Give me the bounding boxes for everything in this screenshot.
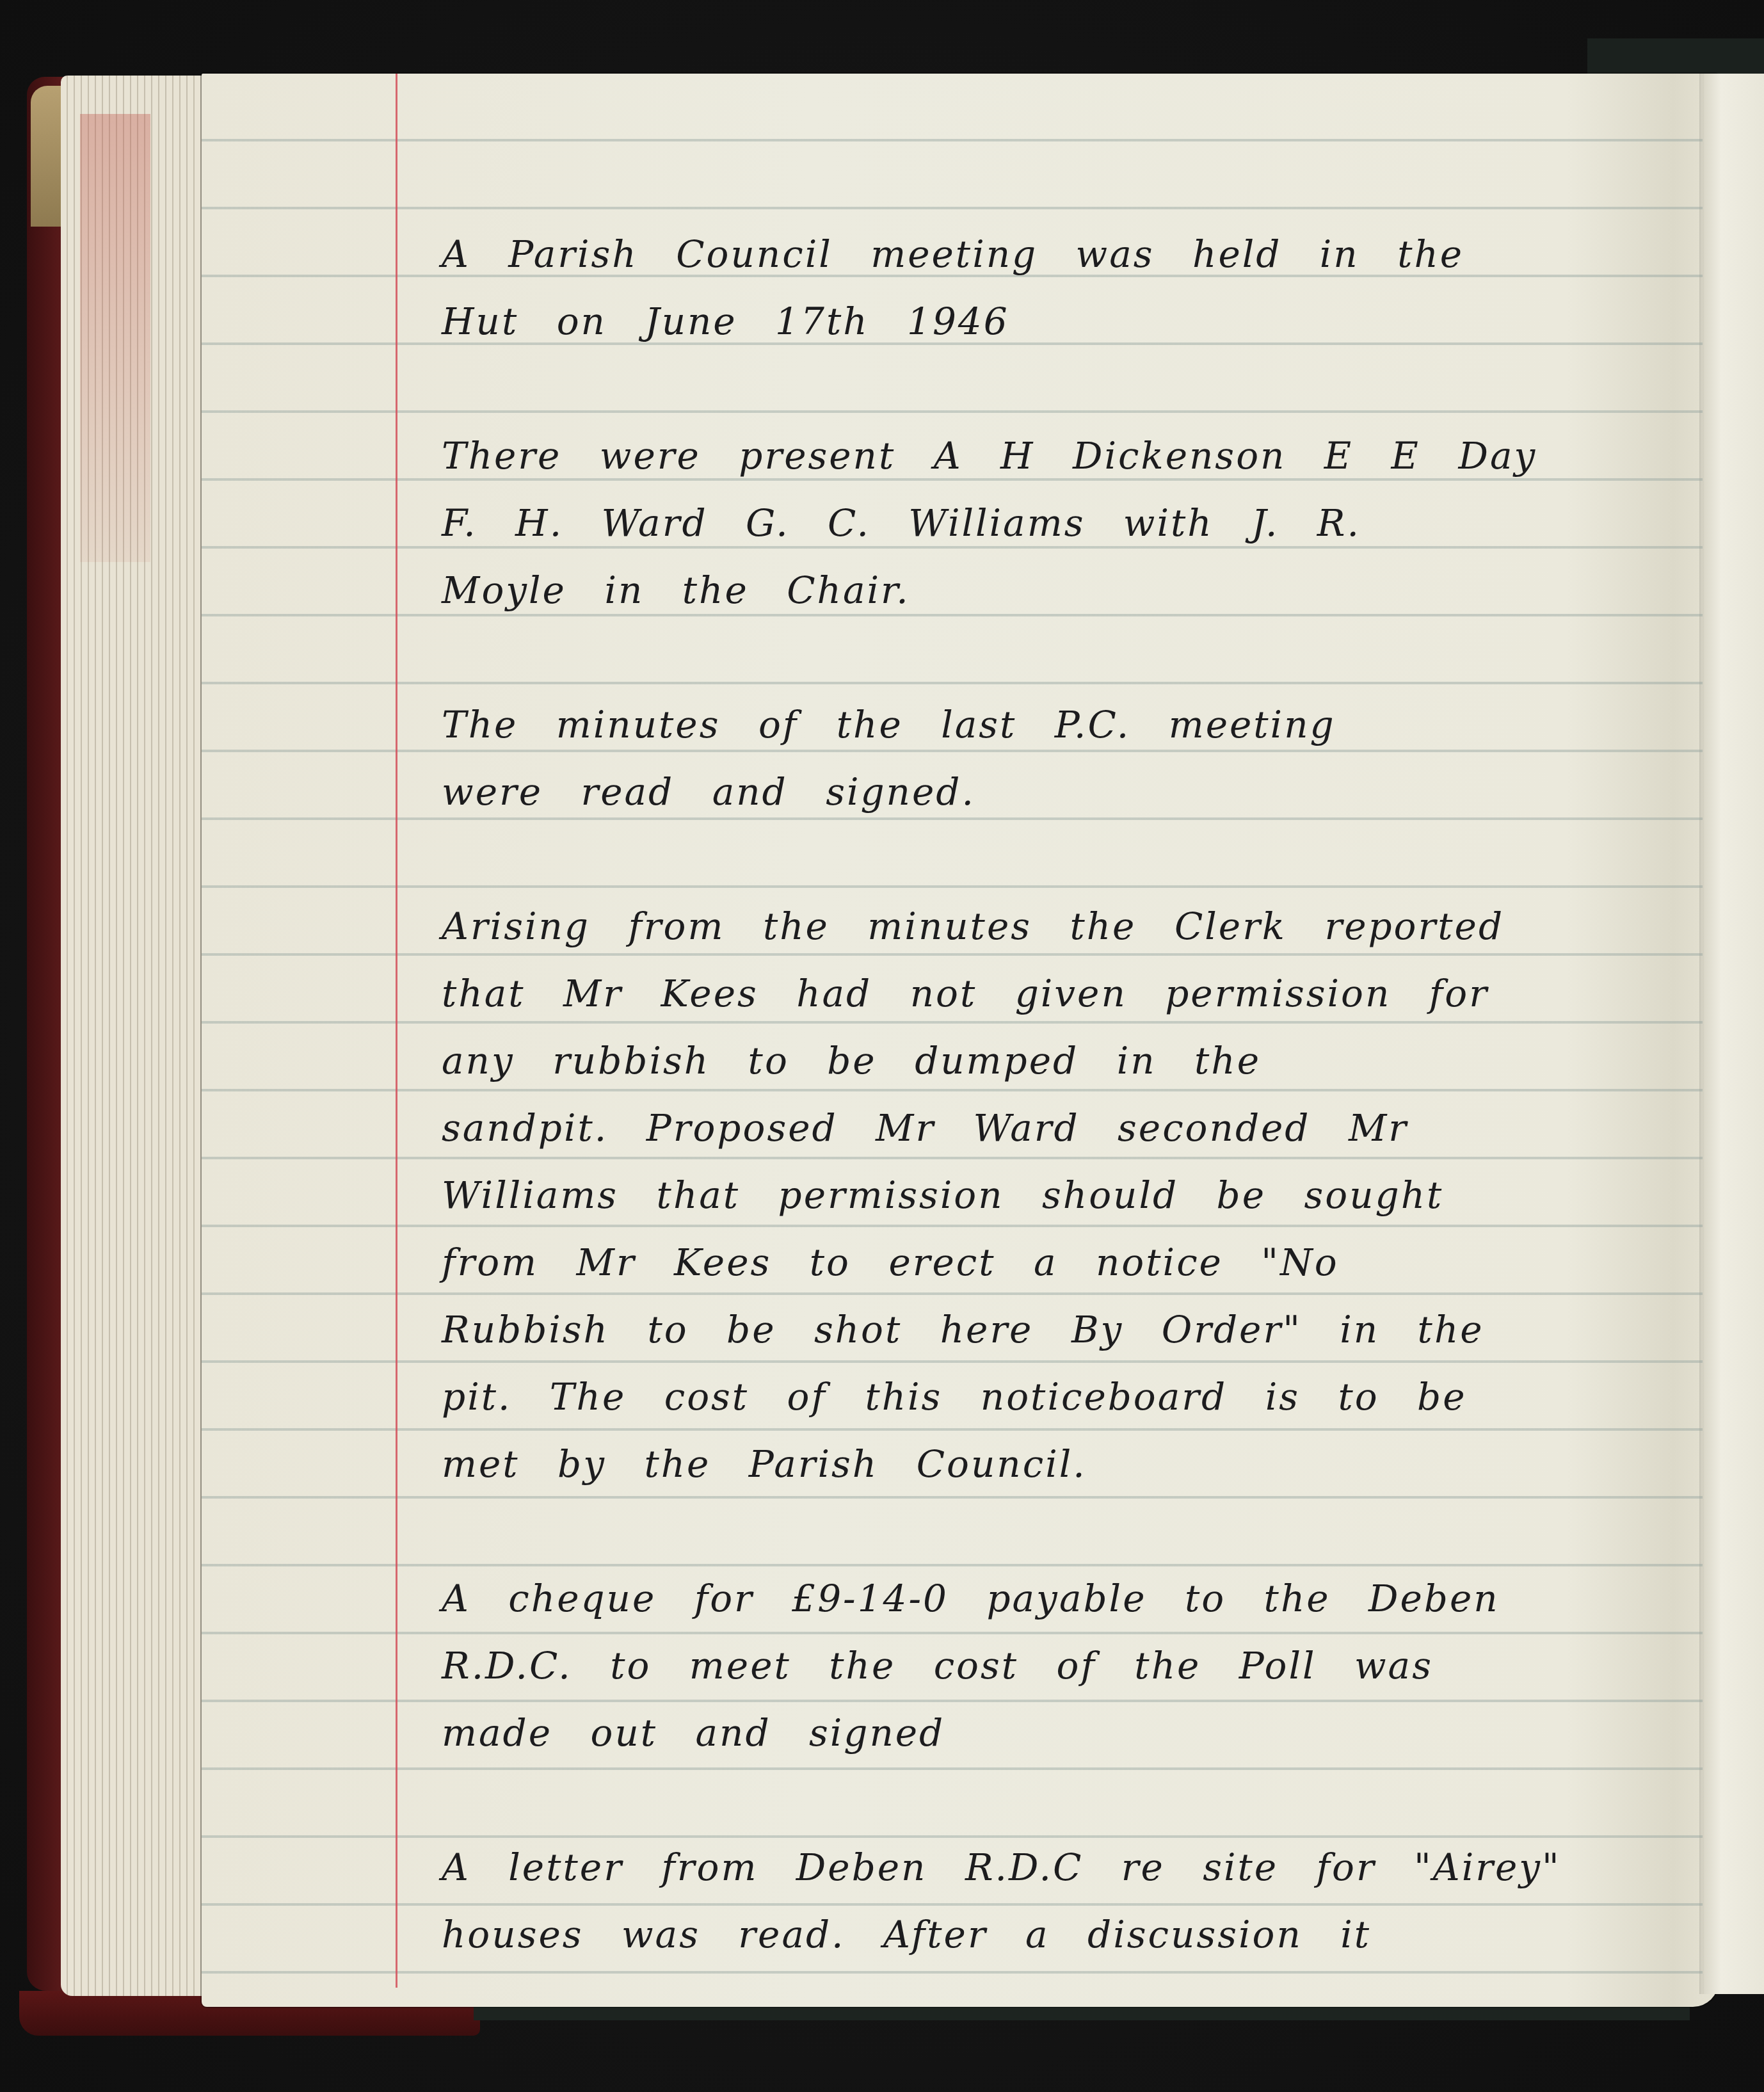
text-line: Arising from the minutes the Clerk repor…	[442, 893, 1658, 960]
paragraph-matters-arising: Arising from the minutes the Clerk repor…	[442, 893, 1658, 1498]
page-stack-edges	[61, 76, 205, 1996]
text-line: Hut on June 17th 1946	[442, 288, 1658, 355]
paragraph-cheque: A cheque for £9-14-0 payable to the Debe…	[442, 1565, 1658, 1767]
text-line: Williams that permission should be sough…	[442, 1162, 1658, 1229]
text-line: that Mr Kees had not given permission fo…	[442, 960, 1658, 1027]
text-line: houses was read. After a discussion it	[442, 1901, 1658, 1968]
handwritten-minutes: A Parish Council meeting was held in the…	[442, 221, 1658, 1968]
text-line: made out and signed	[442, 1700, 1658, 1767]
text-line: from Mr Kees to erect a notice "No	[442, 1229, 1658, 1296]
text-line: any rubbish to be dumped in the	[442, 1027, 1658, 1095]
text-line: sandpit. Proposed Mr Ward seconded Mr	[442, 1095, 1658, 1162]
text-line: Moyle in the Chair.	[442, 557, 1658, 624]
text-line: A cheque for £9-14-0 payable to the Debe…	[442, 1565, 1658, 1632]
paragraph-attendance: There were present A H Dickenson E E Day…	[442, 422, 1658, 624]
book-gutter	[1703, 74, 1764, 1994]
text-line: pit. The cost of this noticeboard is to …	[442, 1364, 1658, 1431]
text-line: met by the Parish Council.	[442, 1431, 1658, 1498]
text-line: F. H. Ward G. C. Williams with J. R.	[442, 490, 1658, 557]
paragraph-previous-minutes: The minutes of the last P.C. meeting wer…	[442, 691, 1658, 826]
book-cover-edge	[1587, 38, 1764, 77]
gutter-shadow	[1699, 74, 1704, 1994]
text-line: Rubbish to be shot here By Order" in the	[442, 1296, 1658, 1364]
text-line: R.D.C. to meet the cost of the Poll was	[442, 1632, 1658, 1700]
paragraph-meeting-details: A Parish Council meeting was held in the…	[442, 221, 1658, 355]
text-line: A letter from Deben R.D.C re site for "A…	[442, 1834, 1658, 1901]
text-line: were read and signed.	[442, 759, 1658, 826]
text-line: A Parish Council meeting was held in the	[442, 221, 1658, 288]
text-line: The minutes of the last P.C. meeting	[442, 691, 1658, 759]
paragraph-airey-houses-letter: A letter from Deben R.D.C re site for "A…	[442, 1834, 1658, 1968]
text-line: There were present A H Dickenson E E Day	[442, 422, 1658, 490]
red-margin-line	[396, 74, 397, 1988]
page-edge-staining	[80, 114, 150, 562]
